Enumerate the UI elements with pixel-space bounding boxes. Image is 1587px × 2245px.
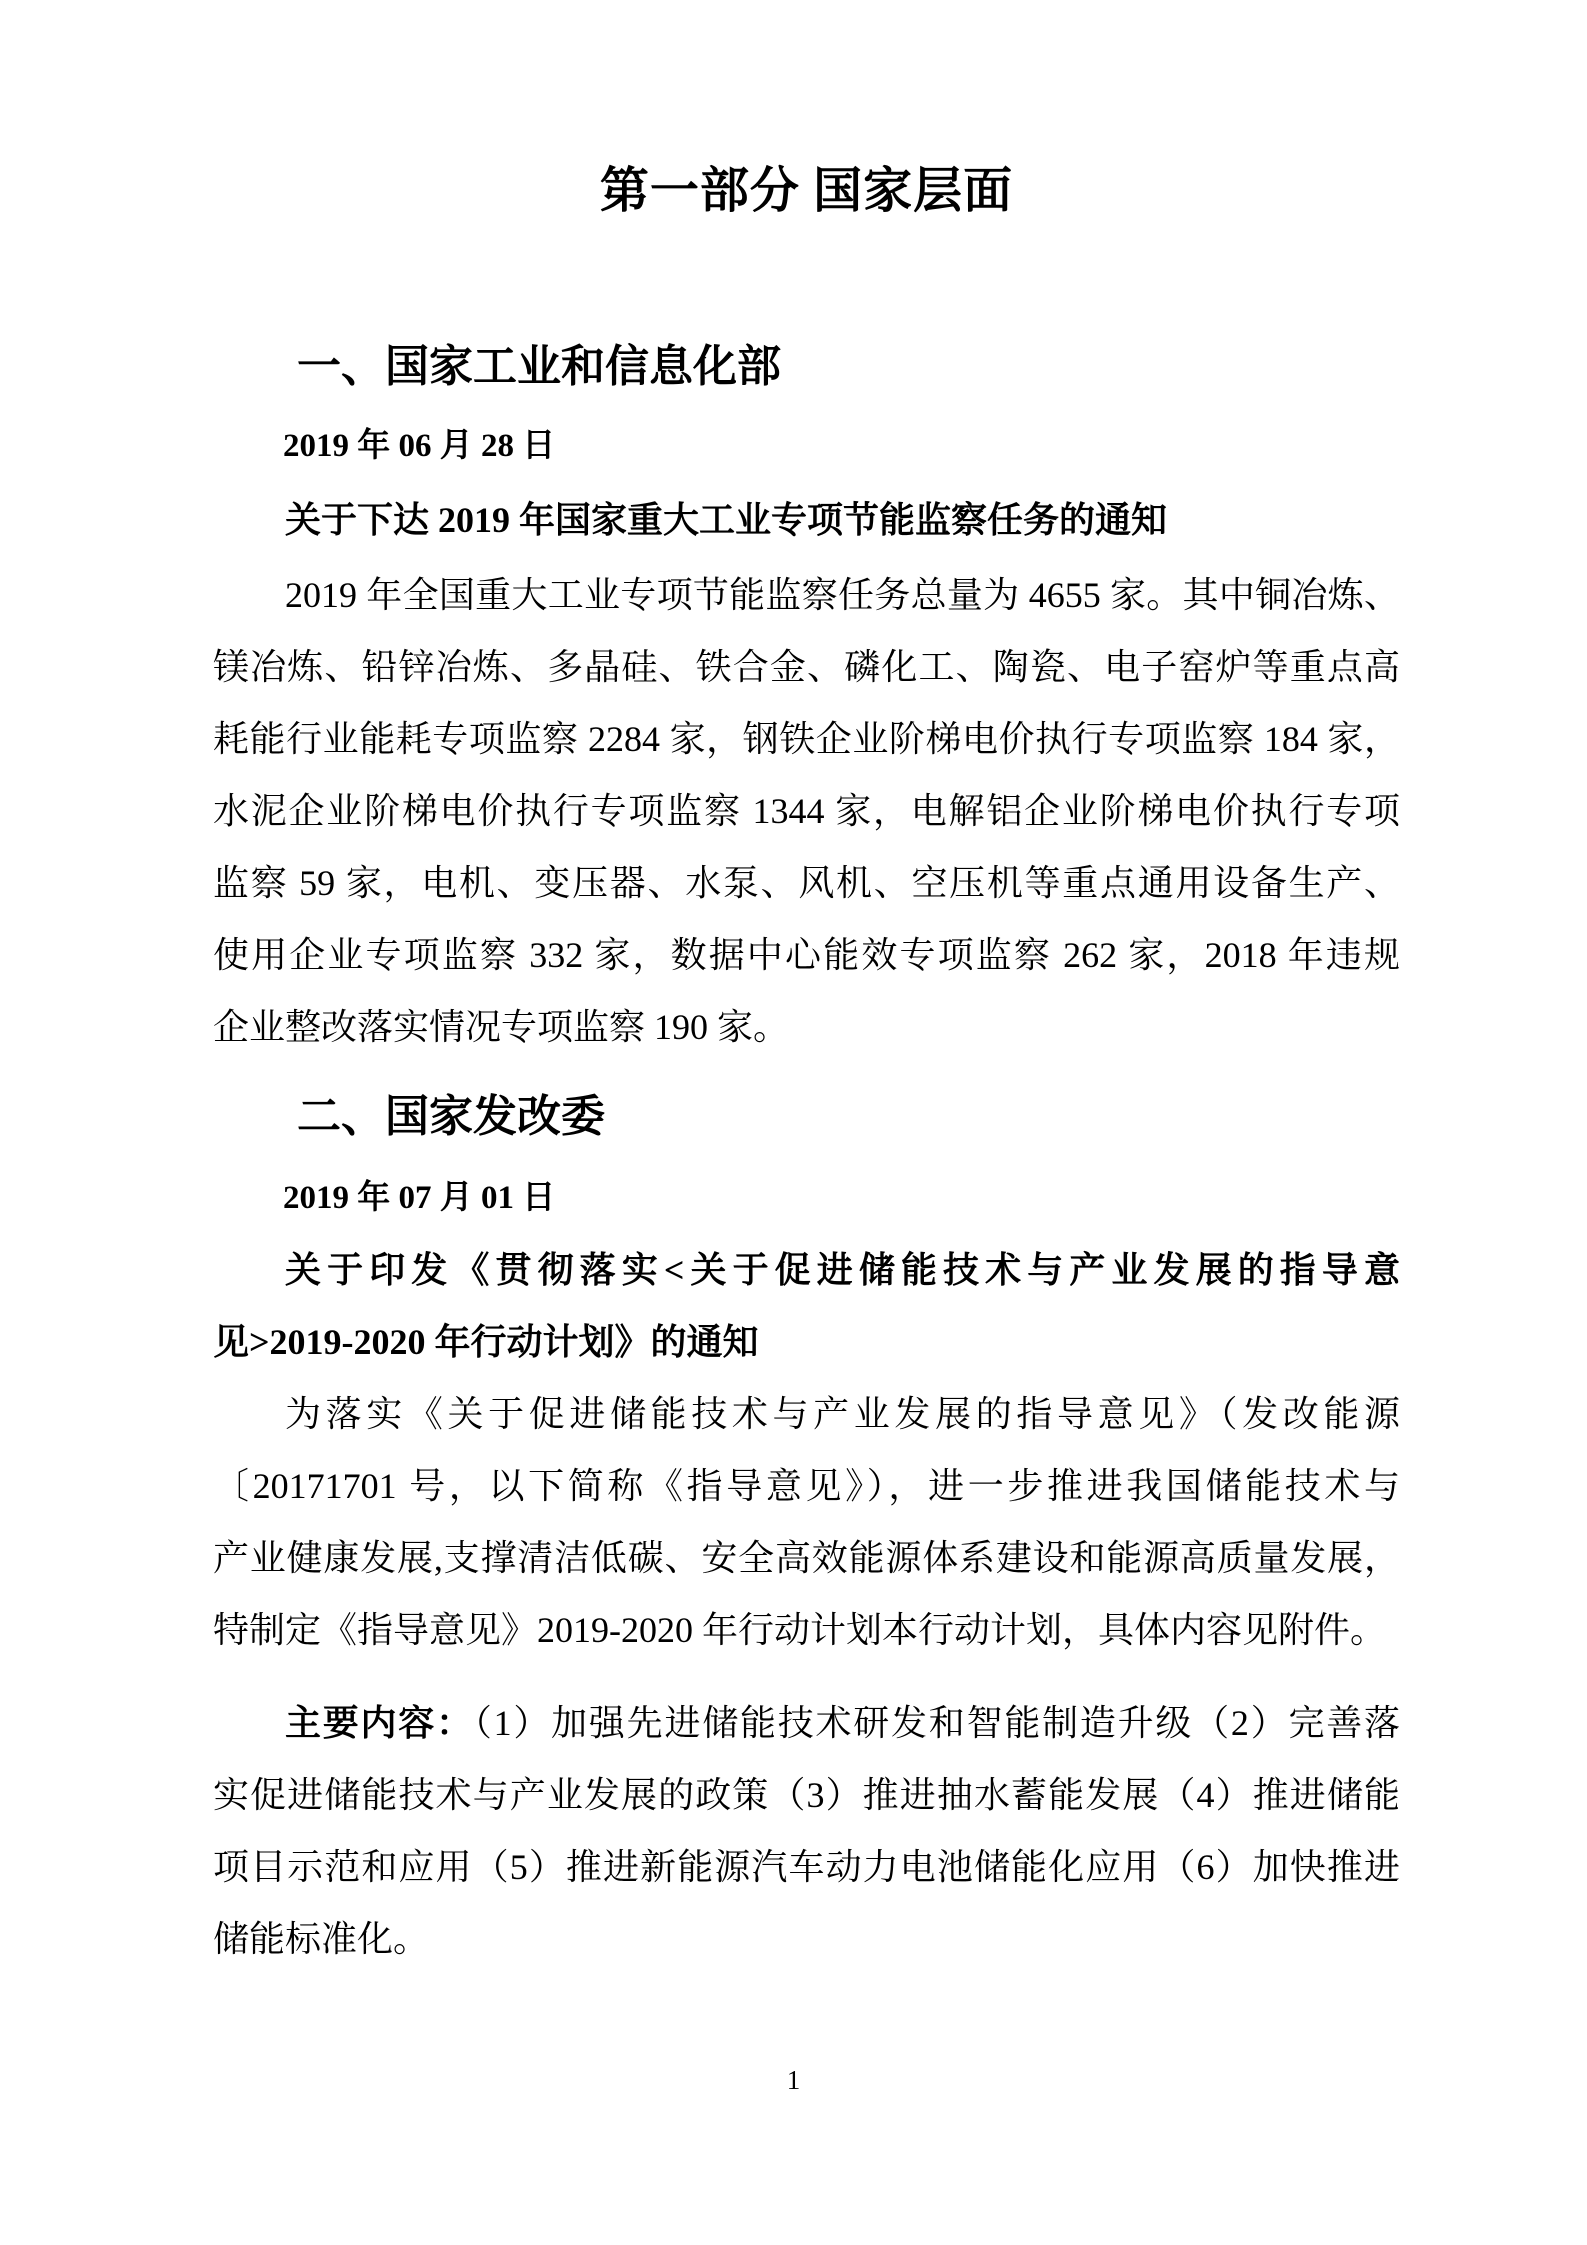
section-heading-2: 二、国家发改委 [213, 1081, 1400, 1153]
paragraph-line: 产业健康发展,支撑清洁低碳、安全高效能源体系建设和能源高质量发展， [213, 1522, 1400, 1594]
paragraph-line: 监察 59 家，电机、变压器、水泵、风机、空压机等重点通用设备生产、 [213, 847, 1400, 919]
notice-title-2: 关于印发《贯彻落实<关于促进储能技术与产业发展的指导意 见>2019-2020 … [213, 1234, 1400, 1378]
paragraph-line: 水泥企业阶梯电价执行专项监察 1344 家，电解铝企业阶梯电价执行专项 [213, 775, 1400, 847]
part-title: 第一部分 国家层面 [213, 155, 1400, 227]
notice-title-1: 关于下达 2019 年国家重大工业专项节能监察任务的通知 [213, 484, 1400, 556]
paragraph: 2019 年全国重大工业专项节能监察任务总量为 4655 家。其中铜冶炼、 镁冶… [213, 559, 1400, 1063]
section-heading-1: 一、国家工业和信息化部 [213, 331, 1400, 403]
notice-title-line: 关于印发《贯彻落实<关于促进储能技术与产业发展的指导意 [213, 1234, 1400, 1306]
page-number: 1 [0, 2062, 1587, 2098]
section-1-date: 2019 年 06 月 28 日 [213, 410, 1400, 482]
paragraph-line: 主要内容：（1）加强先进储能技术研发和智能制造升级（2）完善落 [213, 1687, 1400, 1759]
notice-title-line: 见>2019-2020 年行动计划》的通知 [213, 1306, 1400, 1378]
paragraph-line: 实促进储能技术与产业发展的政策（3）推进抽水蓄能发展（4）推进储能 [213, 1759, 1400, 1831]
paragraph-line: 〔20171701 号，以下简称《指导意见》），进一步推进我国储能技术与 [213, 1450, 1400, 1522]
paragraph: 主要内容：（1）加强先进储能技术研发和智能制造升级（2）完善落 实促进储能技术与… [213, 1687, 1400, 1975]
paragraph-line: 2019 年全国重大工业专项节能监察任务总量为 4655 家。其中铜冶炼、 [213, 559, 1400, 631]
paragraph-line: 企业整改落实情况专项监察 190 家。 [213, 991, 1400, 1063]
paragraph: 为落实《关于促进储能技术与产业发展的指导意见》（发改能源 〔20171701 号… [213, 1378, 1400, 1666]
document-page: 第一部分 国家层面 一、国家工业和信息化部 2019 年 06 月 28 日 关… [0, 0, 1587, 2245]
paragraph-line: 储能标准化。 [213, 1903, 1400, 1975]
paragraph-line: 使用企业专项监察 332 家，数据中心能效专项监察 262 家，2018 年违规 [213, 919, 1400, 991]
paragraph-label: 主要内容： [285, 1703, 474, 1743]
paragraph-line: 镁冶炼、铅锌冶炼、多晶硅、铁合金、磷化工、陶瓷、电子窑炉等重点高 [213, 631, 1400, 703]
paragraph-line: 耗能行业能耗专项监察 2284 家，钢铁企业阶梯电价执行专项监察 184 家， [213, 703, 1400, 775]
paragraph-line-text: （1）加强先进储能技术研发和智能制造升级（2）完善落 [474, 1703, 1400, 1743]
paragraph-line: 特制定《指导意见》2019-2020 年行动计划本行动计划，具体内容见附件。 [213, 1594, 1400, 1666]
paragraph-line: 项目示范和应用（5）推进新能源汽车动力电池储能化应用（6）加快推进 [213, 1831, 1400, 1903]
section-2-date: 2019 年 07 月 01 日 [213, 1162, 1400, 1234]
paragraph-line: 为落实《关于促进储能技术与产业发展的指导意见》（发改能源 [213, 1378, 1400, 1450]
